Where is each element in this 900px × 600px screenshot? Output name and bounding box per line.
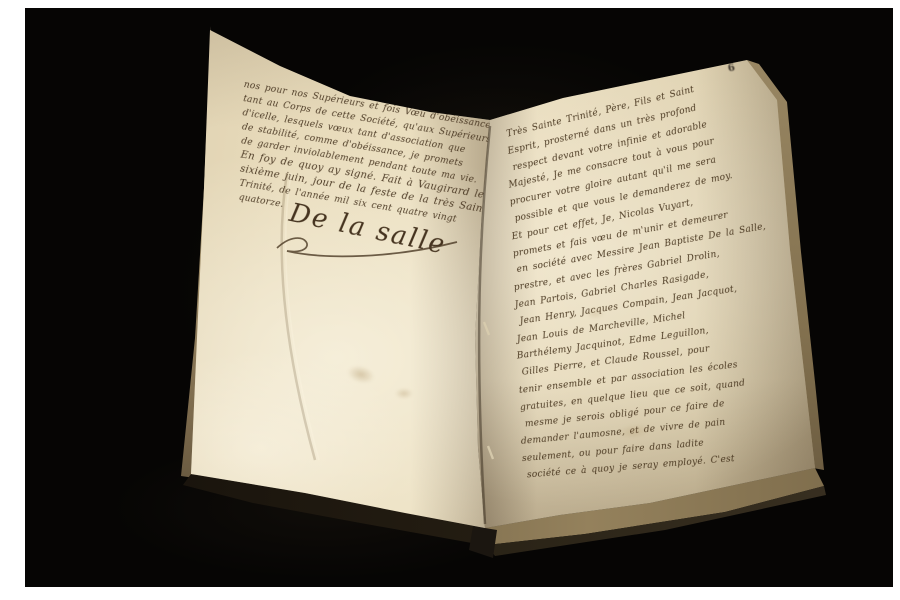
right-page-text: Très Sainte Trinité, Père, Fils et Saint… [505, 73, 812, 470]
page-number: 6 [727, 62, 736, 74]
paper-stain [345, 363, 376, 387]
manuscript-photo: nos pour nos Supérieurs et fois Vœu d'ob… [25, 8, 893, 587]
photo-frame: nos pour nos Supérieurs et fois Vœu d'ob… [0, 0, 900, 600]
paper-stain [395, 388, 413, 399]
paper-stain [585, 308, 605, 319]
